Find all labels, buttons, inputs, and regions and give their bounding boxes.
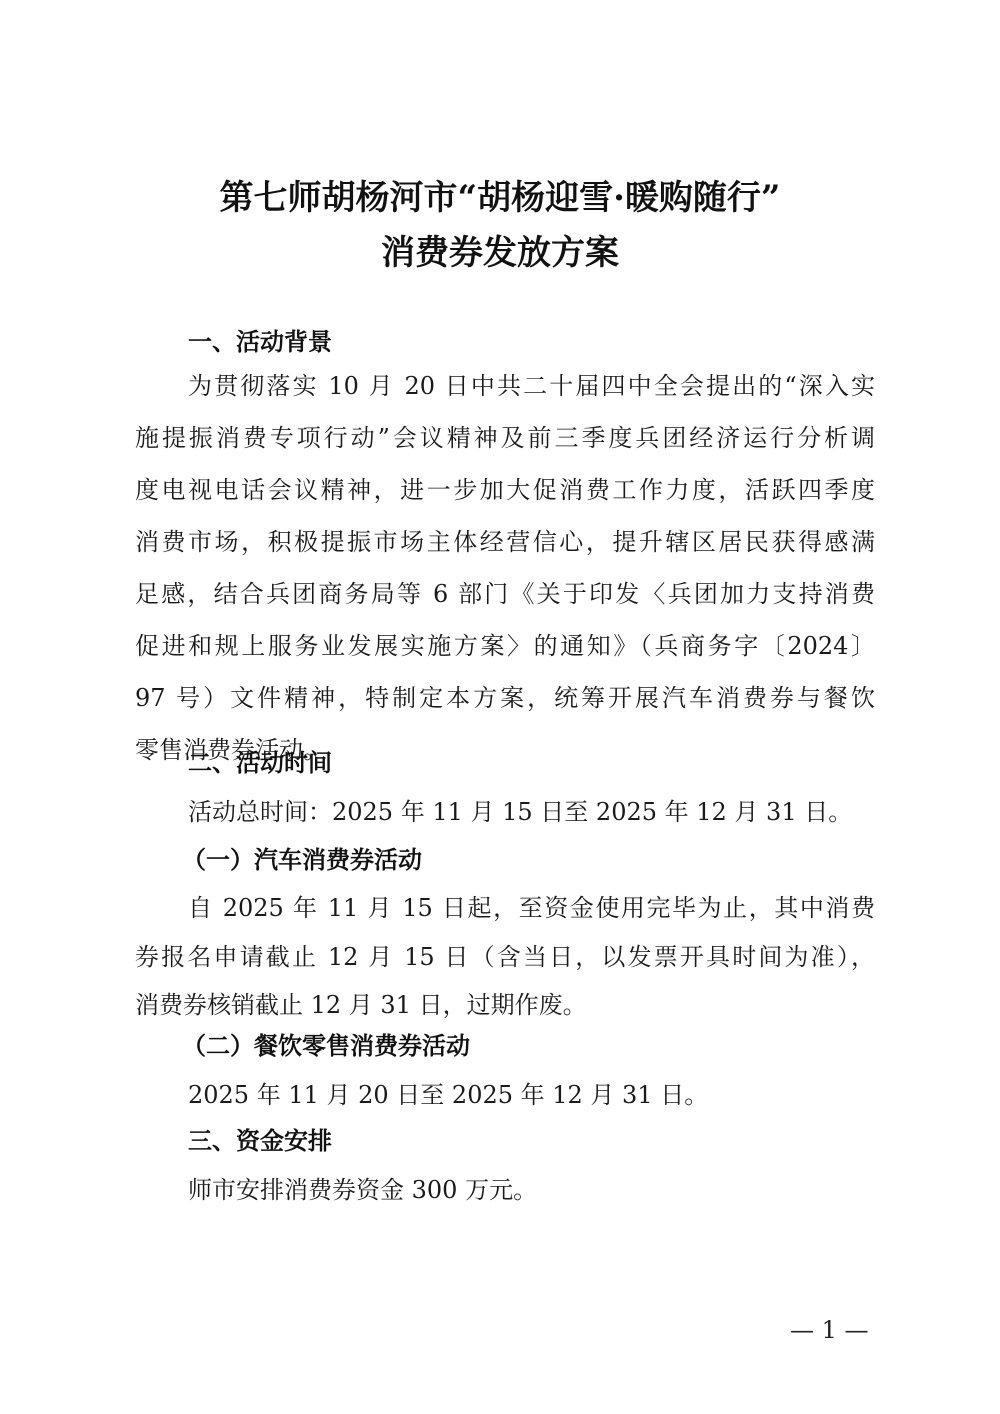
paragraph-line: 促进和规上服务业发展实施方案〉的通知》（兵商务字〔2024〕: [135, 631, 875, 661]
page-number: — 1 —: [790, 1316, 869, 1344]
paragraph-line: 消费券核销截止 12 月 31 日，过期作废。: [135, 990, 875, 1020]
paragraph-line: 97 号）文件精神，特制定本方案，统筹开展汽车消费券与餐饮: [135, 683, 875, 713]
paragraph-line: 足感，结合兵团商务局等 6 部门《关于印发〈兵团加力支持消费: [135, 579, 875, 609]
paragraph-line: 为贯彻落实 10 月 20 日中共二十届四中全会提出的“深入实: [188, 371, 875, 401]
paragraph-line: 度电视电话会议精神，进一步加大促消费工作力度，活跃四季度: [135, 475, 875, 505]
section-heading-time: 二、活动时间: [188, 748, 332, 778]
paragraph-line: 券报名申请截止 12 月 15 日（含当日，以发票开具时间为准），: [135, 942, 875, 972]
paragraph-line: 消费市场，积极提振市场主体经营信心，提升辖区居民获得感满: [135, 527, 875, 557]
section-heading-funding: 三、资金安排: [188, 1126, 332, 1156]
document-page: 第七师胡杨河市“胡杨迎雪·暖购随行” 消费券发放方案 一、活动背景 为贯彻落实 …: [0, 0, 1000, 1414]
paragraph-line: 2025 年 11 月 20 日至 2025 年 12 月 31 日。: [188, 1080, 875, 1110]
paragraph-line: 师市安排消费券资金 300 万元。: [188, 1175, 875, 1205]
section-heading-background: 一、活动背景: [188, 327, 332, 357]
total-time-line: 活动总时间：2025 年 11 月 15 日至 2025 年 12 月 31 日…: [188, 797, 875, 827]
document-title-line-2: 消费券发放方案: [0, 225, 1000, 274]
subsection-heading-dining-retail-voucher: （二）餐饮零售消费券活动: [182, 1031, 470, 1061]
subsection-heading-car-voucher: （一）汽车消费券活动: [182, 845, 422, 875]
paragraph-line: 自 2025 年 11 月 15 日起，至资金使用完毕为止，其中消费: [188, 893, 875, 923]
paragraph-line: 施提振消费专项行动”会议精神及前三季度兵团经济运行分析调: [135, 423, 875, 453]
document-title-line-1: 第七师胡杨河市“胡杨迎雪·暖购随行”: [0, 170, 1000, 219]
